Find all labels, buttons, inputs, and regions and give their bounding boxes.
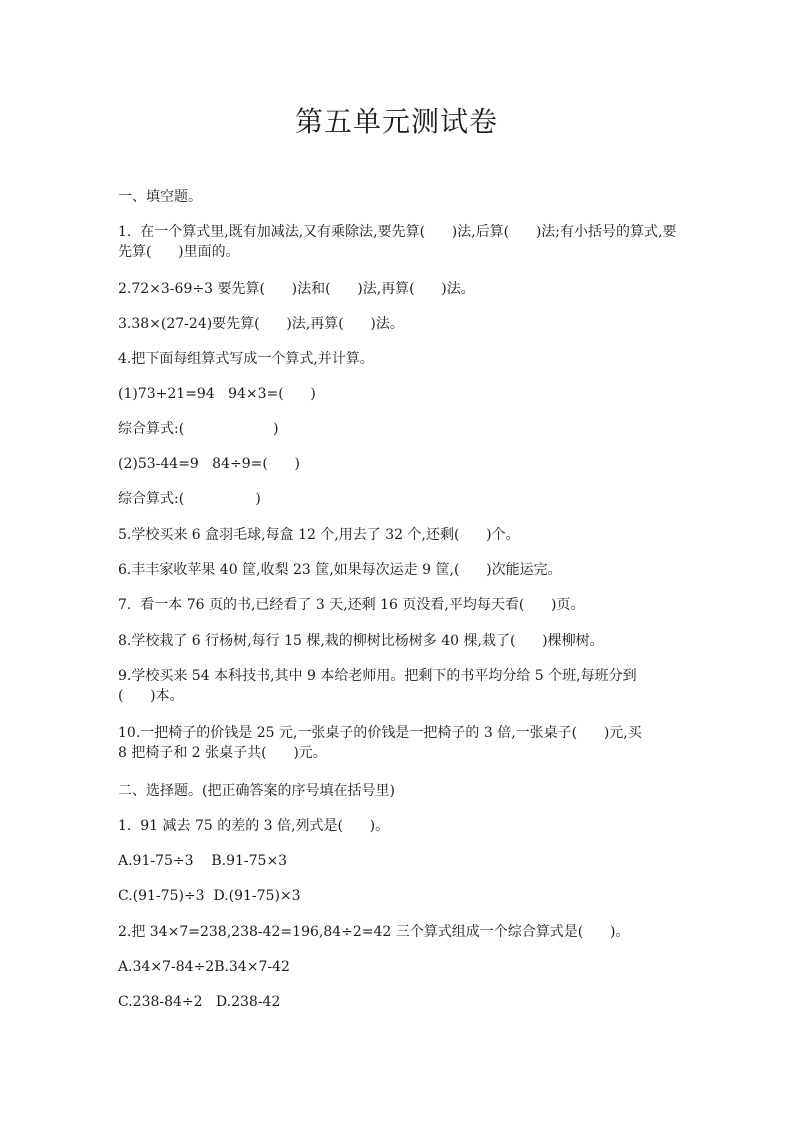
choice-question-1-options-cd: C.(91-75)÷3 D.(91-75)×3 [118,886,301,906]
section-heading-fill-in: 一、填空题。 [118,187,202,207]
choice-question-2-options-cd: C.238-84÷2 D.238-42 [118,992,280,1012]
question-6: 6.丰丰家收苹果 40 筐,收梨 23 筐,如果每次运走 9 筐,( )次能运完… [118,560,562,580]
question-9-line-1: 9.学校买来 54 本科技书,其中 9 本给老师用。把剩下的书平均分给 5 个班… [118,666,637,686]
choice-question-2-options-ab: A.34×7-84÷2B.34×7-42 [118,957,290,977]
question-8: 8.学校栽了 6 行杨树,每行 15 棵,栽的柳树比杨树多 40 棵,栽了( )… [118,631,604,651]
question-10-line-1: 10.一把椅子的价钱是 25 元,一张桌子的价钱是一把椅子的 3 倍,一张桌子(… [118,723,642,743]
question-2: 2.72×3-69÷3 要先算( )法和( )法,再算( )法。 [118,279,475,299]
question-10-line-2: 8 把椅子和 2 张桌子共( )元。 [118,743,327,763]
question-4-part-1-combined: 综合算式:( ) [118,419,279,439]
page-title: 第五单元测试卷 [0,100,793,140]
question-4-part-1: (1)73+21=94 94×3=( ) [118,384,316,404]
question-9-line-2: ( )本。 [118,686,184,706]
question-4-part-2: (2)53-44=9 84÷9=( ) [118,454,300,474]
choice-question-1: 1. 91 减去 75 的差的 3 倍,列式是( )。 [118,816,389,836]
section-heading-multiple-choice: 二、选择题。(把正确答案的序号填在括号里) [118,781,395,801]
choice-question-2: 2.把 34×7=238,238-42=196,84÷2=42 三个算式组成一个… [118,922,629,942]
question-5: 5.学校买来 6 盒羽毛球,每盒 12 个,用去了 32 个,还剩( )个。 [118,525,520,545]
question-3: 3.38×(27-24)要先算( )法,再算( )法。 [118,314,404,334]
question-4: 4.把下面每组算式写成一个算式,并计算。 [118,349,374,369]
question-4-part-2-combined: 综合算式:( ) [118,489,261,509]
choice-question-1-options-ab: A.91-75÷3 B.91-75×3 [118,851,287,871]
question-1: 1. 在一个算式里,既有加减法,又有乘除法,要先算( )法,后算( )法;有小括… [118,222,678,262]
question-7: 7. 看一本 76 页的书,已经看了 3 天,还剩 16 页没看,平均每天看( … [118,595,584,615]
